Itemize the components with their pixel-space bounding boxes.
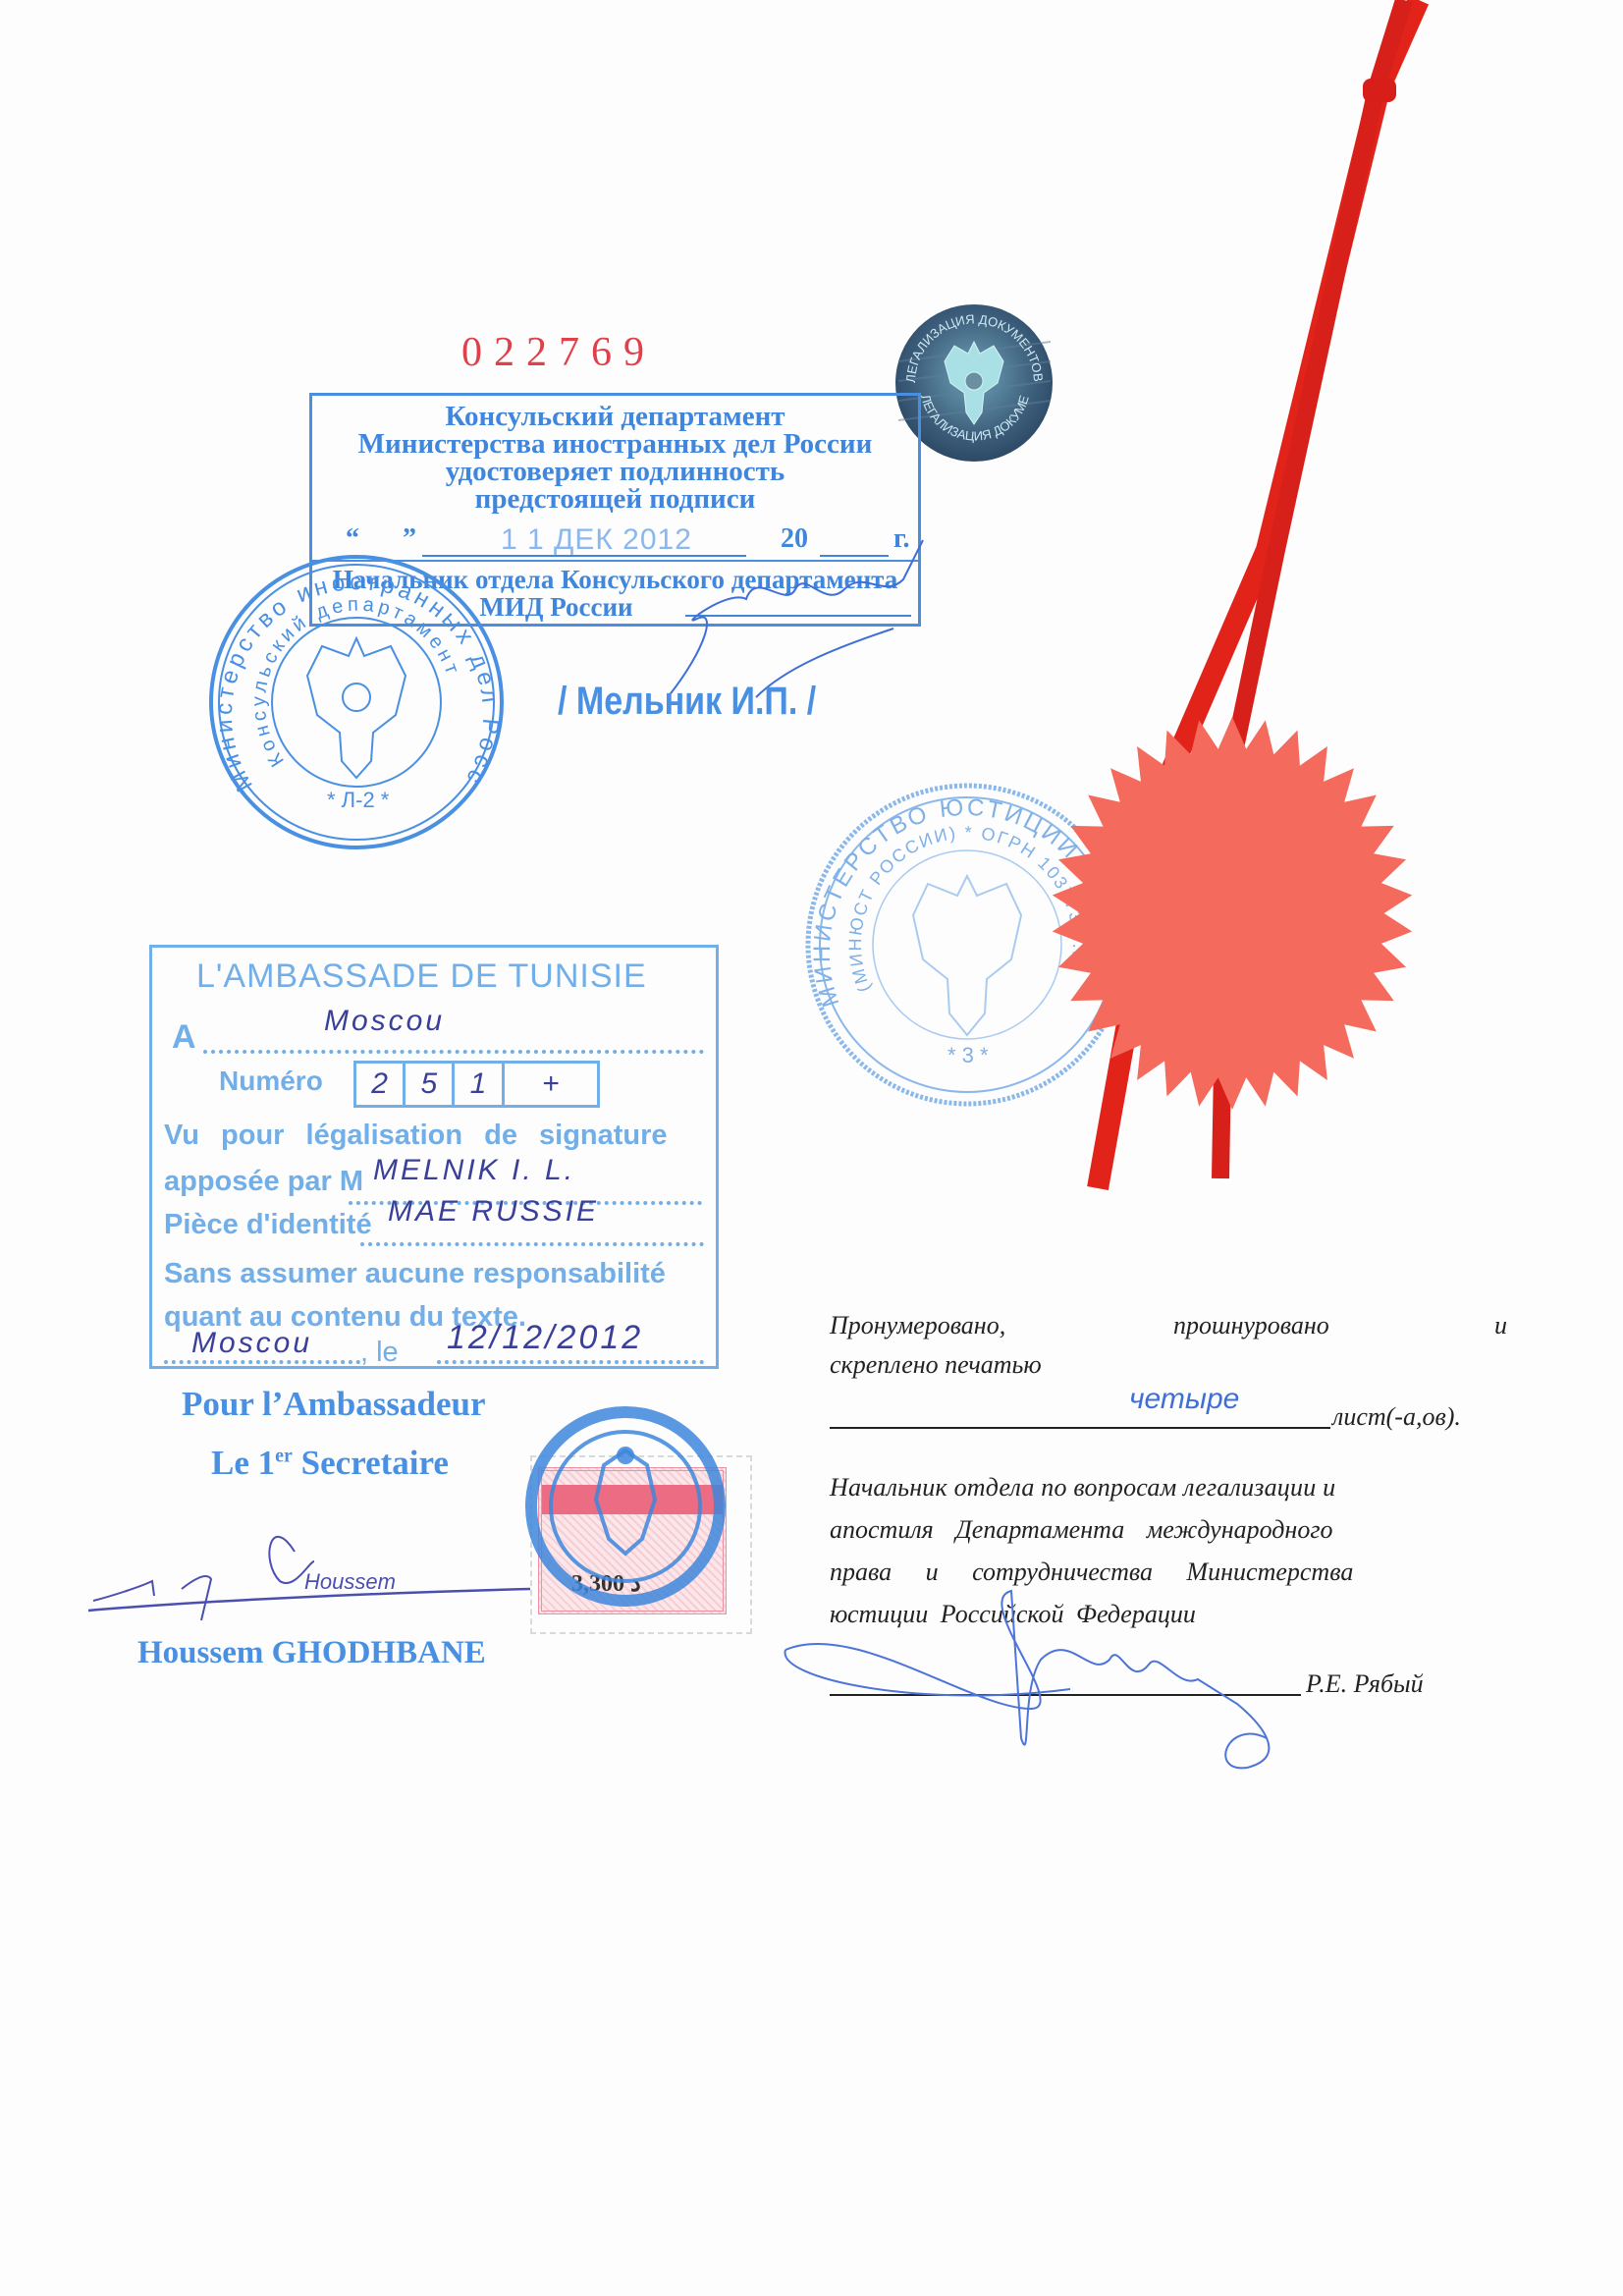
double-headed-eagle-icon — [307, 638, 406, 778]
tn-date-value: 12/12/2012 — [447, 1319, 643, 1357]
tn-id-label: Pièce d'identité — [164, 1209, 372, 1241]
mfa-line-1: Консульский департамент — [312, 402, 918, 431]
tn-id-value: MAE RUSSIE — [388, 1195, 599, 1229]
tn-disclaimer-1: Sans assumer aucune responsabilité — [164, 1258, 666, 1290]
mfa-line-3: удостоверяет подлинность — [312, 457, 918, 486]
serial-number: 022769 — [461, 329, 656, 376]
cert-title-2: апостиля Департамента международного — [830, 1515, 1332, 1545]
mfa-line-4: предстоящей подписи — [312, 484, 918, 514]
mfa-round-seal: Министерство иностранных дел России Конс… — [204, 550, 509, 854]
svg-text:* 3 *: * 3 * — [947, 1043, 989, 1067]
cert-line-1b: прошнуровано — [1173, 1311, 1329, 1340]
tn-number-label: Numéro — [219, 1066, 323, 1097]
tn-title: L'AMBASSADE DE TUNISIE — [196, 957, 647, 996]
tunisia-embassy-stamp: L'AMBASSADE DE TUNISIE A Moscou Numéro 2… — [149, 945, 719, 1369]
tn-signed-by-value: MELNIK I. L. — [373, 1154, 575, 1187]
cert-line-1a: Пронумеровано, — [830, 1311, 1005, 1340]
ambassador-name: Houssem GHODHBANE — [137, 1635, 486, 1671]
tn-signed-by-label: apposée par M — [164, 1166, 363, 1198]
mfa-signer-name: / Мельник И.П. / — [558, 680, 816, 724]
svg-text:* Л-2 *: * Л-2 * — [327, 788, 390, 812]
cert-line-2: скреплено печатью — [830, 1350, 1042, 1380]
red-starburst-seal — [1031, 712, 1434, 1115]
tunisia-embassy-round-seal — [525, 1406, 727, 1608]
cert-line-1c: и — [1494, 1311, 1507, 1340]
moj-signature — [776, 1571, 1365, 1787]
cert-sheets-suffix: лист(-а,ов). — [1332, 1402, 1461, 1432]
ambassador-signature: Houssem — [83, 1503, 535, 1630]
ambassador-line-1: Pour l’Ambassadeur — [182, 1385, 486, 1424]
tn-city-label: A — [172, 1018, 196, 1057]
tn-city-value: Moscou — [324, 1005, 445, 1038]
tn-place-value: Moscou — [191, 1327, 312, 1360]
cert-title-1: Начальник отдела по вопросам легализации… — [830, 1473, 1335, 1503]
mfa-line-2: Министерства иностранных дел России — [312, 429, 918, 459]
double-headed-eagle-icon — [913, 876, 1021, 1035]
ambassador-line-2: Le 1er Secretaire — [211, 1444, 449, 1483]
tn-number-cells: 2 5 1 + — [353, 1061, 600, 1108]
tn-date-label: , le — [360, 1337, 399, 1369]
cert-sheets-handwritten: четыре — [1129, 1383, 1239, 1416]
tn-line-1: Vu pour légalisation de signature — [164, 1120, 668, 1152]
svg-text:Houssem: Houssem — [304, 1569, 396, 1594]
